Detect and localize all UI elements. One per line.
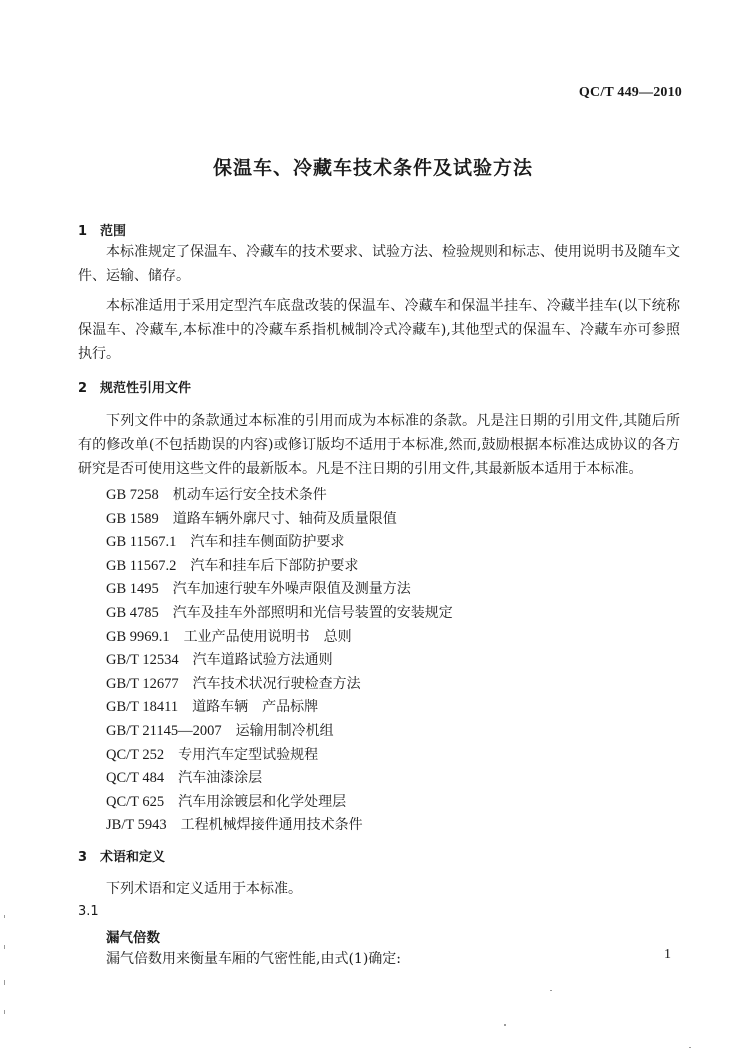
standard-code: QC/T 449—2010 <box>579 85 682 101</box>
reference-title: 道路车辆 产品标牌 <box>192 699 318 715</box>
section-number: 3 <box>78 850 100 865</box>
section-2-paragraph-1: 下列文件中的条款通过本标准的引用而成为本标准的条款。凡是注日期的引用文件,其随后… <box>78 409 680 481</box>
reference-item: GB 11567.2汽车和挂车后下部防护要求 <box>106 555 453 579</box>
section-number: 1 <box>78 224 100 239</box>
subsection-number: 3.1 <box>78 904 99 919</box>
reference-code: GB/T 18411 <box>106 699 178 715</box>
scan-artifact <box>504 1024 506 1026</box>
document-title: 保温车、冷藏车技术条件及试验方法 <box>0 153 746 180</box>
scan-artifact <box>550 990 552 991</box>
section-3-heading: 3术语和定义 <box>78 846 165 865</box>
reference-item: GB 9969.1工业产品使用说明书 总则 <box>106 626 453 650</box>
normative-references-list: GB 7258机动车运行安全技术条件 GB 1589道路车辆外廓尺寸、轴荷及质量… <box>106 484 453 838</box>
reference-title: 汽车及挂车外部照明和光信号装置的安装规定 <box>173 605 453 621</box>
reference-code: GB 11567.2 <box>106 558 176 574</box>
reference-code: QC/T 625 <box>106 794 164 810</box>
reference-title: 汽车油漆涂层 <box>178 770 262 786</box>
section-title: 规范性引用文件 <box>100 381 191 396</box>
reference-code: GB 1495 <box>106 581 159 597</box>
reference-item: GB/T 12534汽车道路试验方法通则 <box>106 649 453 673</box>
scan-artifact <box>4 1010 5 1014</box>
section-number: 2 <box>78 381 100 396</box>
reference-title: 汽车道路试验方法通则 <box>193 652 333 668</box>
reference-code: GB 4785 <box>106 605 159 621</box>
reference-item: GB 1589道路车辆外廓尺寸、轴荷及质量限值 <box>106 508 453 532</box>
reference-title: 汽车加速行驶车外噪声限值及测量方法 <box>173 581 411 597</box>
reference-item: GB/T 21145—2007运输用制冷机组 <box>106 720 453 744</box>
reference-code: JB/T 5943 <box>106 817 167 833</box>
reference-title: 汽车用涂镀层和化学处理层 <box>178 794 346 810</box>
reference-title: 工业产品使用说明书 总则 <box>184 629 352 645</box>
scan-artifact <box>689 1047 691 1048</box>
reference-title: 专用汽车定型试验规程 <box>178 747 318 763</box>
page-number: 1 <box>664 947 671 963</box>
scan-artifact <box>4 945 5 949</box>
reference-code: GB 11567.1 <box>106 534 176 550</box>
reference-title: 汽车和挂车侧面防护要求 <box>190 534 344 550</box>
term-heading: 漏气倍数 <box>106 926 160 946</box>
reference-item: GB 11567.1汽车和挂车侧面防护要求 <box>106 531 453 555</box>
reference-item: GB/T 12677汽车技术状况行驶检查方法 <box>106 673 453 697</box>
reference-item: QC/T 625汽车用涂镀层和化学处理层 <box>106 791 453 815</box>
section-title: 术语和定义 <box>100 850 165 865</box>
reference-item: GB 1495汽车加速行驶车外噪声限值及测量方法 <box>106 578 453 602</box>
reference-title: 汽车和挂车后下部防护要求 <box>190 558 358 574</box>
reference-title: 运输用制冷机组 <box>236 723 334 739</box>
reference-code: GB/T 21145—2007 <box>106 723 222 739</box>
reference-code: QC/T 252 <box>106 747 164 763</box>
scan-artifact <box>4 915 5 918</box>
section-3-intro: 下列术语和定义适用于本标准。 <box>106 878 302 898</box>
section-1-paragraph-1: 本标准规定了保温车、冷藏车的技术要求、试验方法、检验规则和标志、使用说明书及随车… <box>78 240 680 288</box>
reference-code: GB 1589 <box>106 511 159 527</box>
section-2-heading: 2规范性引用文件 <box>78 377 191 396</box>
reference-code: GB/T 12534 <box>106 652 179 668</box>
reference-title: 机动车运行安全技术条件 <box>173 487 327 503</box>
reference-item: JB/T 5943工程机械焊接件通用技术条件 <box>106 814 453 838</box>
section-1-paragraph-2: 本标准适用于采用定型汽车底盘改装的保温车、冷藏车和保温半挂车、冷藏半挂车(以下统… <box>78 294 680 366</box>
reference-title: 汽车技术状况行驶检查方法 <box>193 676 361 692</box>
reference-item: GB 4785汽车及挂车外部照明和光信号装置的安装规定 <box>106 602 453 626</box>
scan-artifact <box>4 980 5 985</box>
section-1-heading: 1范围 <box>78 220 126 239</box>
reference-code: GB/T 12677 <box>106 676 179 692</box>
section-title: 范围 <box>100 224 126 239</box>
reference-title: 道路车辆外廓尺寸、轴荷及质量限值 <box>173 511 397 527</box>
reference-title: 工程机械焊接件通用技术条件 <box>181 817 363 833</box>
reference-code: GB 7258 <box>106 487 159 503</box>
reference-item: GB 7258机动车运行安全技术条件 <box>106 484 453 508</box>
reference-code: GB 9969.1 <box>106 629 170 645</box>
term-definition: 漏气倍数用来衡量车厢的气密性能,由式(1)确定: <box>106 948 401 968</box>
reference-item: QC/T 484汽车油漆涂层 <box>106 767 453 791</box>
reference-item: QC/T 252专用汽车定型试验规程 <box>106 744 453 768</box>
reference-code: QC/T 484 <box>106 770 164 786</box>
reference-item: GB/T 18411道路车辆 产品标牌 <box>106 696 453 720</box>
